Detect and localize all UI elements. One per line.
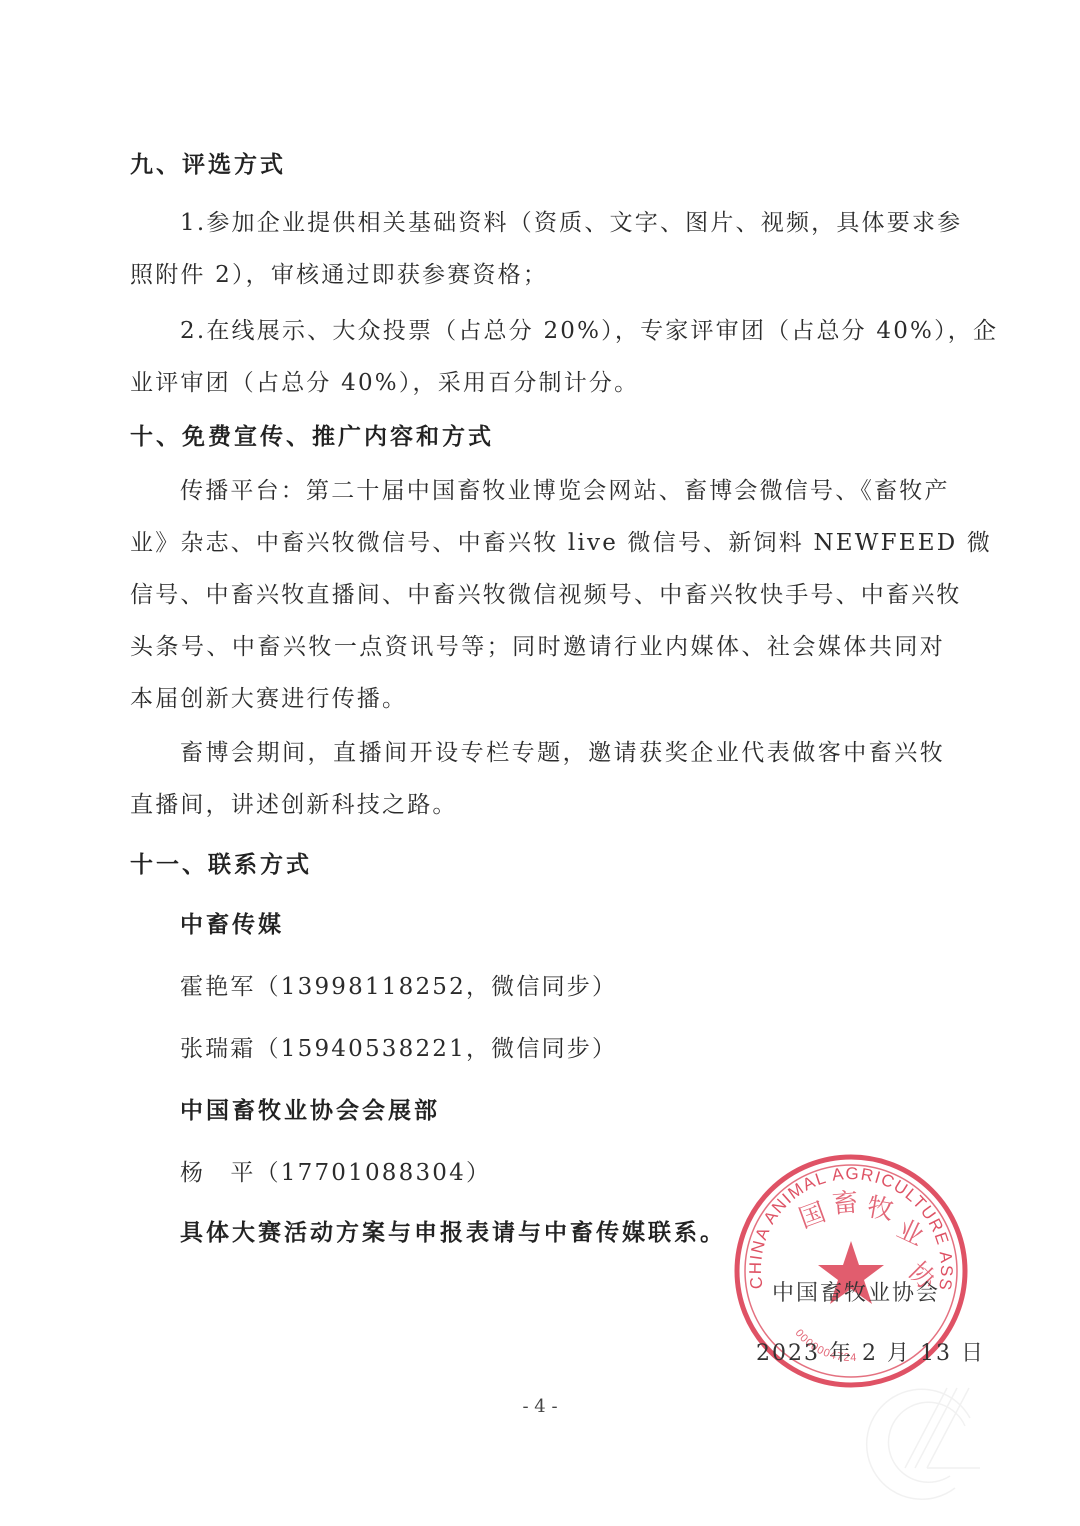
paragraph-line: 2.在线展示、大众投票（占总分 20%），专家评审团（占总分 40%），企: [180, 312, 945, 345]
paragraph-line: 头条号、中畜兴牧一点资讯号等；同时邀请行业内媒体、社会媒体共同对: [130, 628, 945, 661]
section-heading-contact: 十一、联系方式: [130, 846, 950, 879]
paragraph-line: 直播间，讲述创新科技之路。: [130, 786, 950, 819]
section-heading-promotion: 十、免费宣传、推广内容和方式: [130, 418, 950, 451]
paragraph-line: 传播平台：第二十届中国畜牧业博览会网站、畜博会微信号、《畜牧产: [180, 472, 945, 505]
watermark-logo-icon: [855, 1378, 995, 1518]
svg-text:牧: 牧: [865, 1192, 896, 1226]
svg-text:畜: 畜: [831, 1188, 860, 1220]
paragraph-line: 业》杂志、中畜兴牧微信号、中畜兴牧 live 微信号、新饲料 NEWFEED 微: [130, 524, 945, 557]
contact-org-media: 中畜传媒: [180, 906, 1000, 939]
contact-person: 张瑞霜（15940538221，微信同步）: [180, 1030, 1000, 1063]
section-heading-evaluation: 九、评选方式: [130, 146, 950, 179]
signature-date: 2023 年 2 月 13 日: [756, 1336, 985, 1367]
paragraph-line: 畜博会期间，直播间开设专栏专题，邀请获奖企业代表做客中畜兴牧: [180, 734, 945, 767]
svg-text:国: 国: [795, 1197, 830, 1234]
paragraph-line: 1.参加企业提供相关基础资料（资质、文字、图片、视频，具体要求参: [180, 204, 945, 237]
paragraph-line: 业评审团（占总分 40%），采用百分制计分。: [130, 364, 950, 397]
paragraph-line: 信号、中畜兴牧直播间、中畜兴牧微信视频号、中畜兴牧快手号、中畜兴牧: [130, 576, 945, 609]
contact-person: 霍艳军（13998118252，微信同步）: [180, 968, 1000, 1001]
signature-org: 中国畜牧业协会: [772, 1276, 940, 1307]
contact-org-exhibition: 中国畜牧业协会会展部: [180, 1092, 1000, 1125]
paragraph-line: 照附件 2），审核通过即获参赛资格；: [130, 256, 950, 289]
paragraph-line: 本届创新大赛进行传播。: [130, 680, 950, 713]
